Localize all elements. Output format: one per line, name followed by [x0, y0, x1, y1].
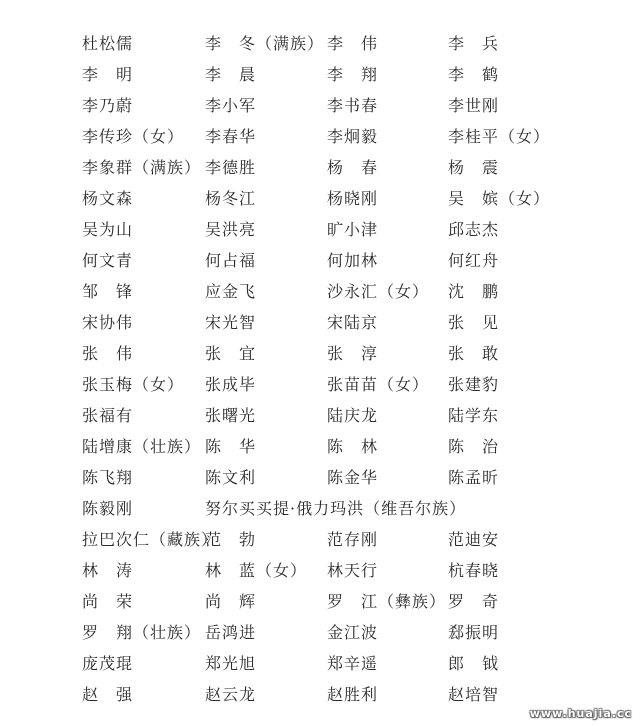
name-entry: 李 兵	[448, 28, 499, 59]
name-entry: 杨文森	[82, 183, 133, 214]
name-entry: 吴洪亮	[205, 214, 256, 245]
name-row: 尚 荣 尚 辉 罗 江（彝族） 罗 奇	[0, 586, 640, 617]
name-entry: 赵胜利	[327, 679, 378, 710]
watermark: www.huajia.cc	[530, 707, 632, 720]
name-entry: 陈金华	[327, 462, 378, 493]
name-entry: 赵 强	[82, 679, 133, 710]
name-entry: 宋陆京	[327, 307, 378, 338]
name-entry: 李 鹤	[448, 59, 499, 90]
name-entry: 李乃蔚	[82, 90, 133, 121]
name-entry: 陆学东	[448, 400, 499, 431]
name-entry: 李 冬（满族）	[205, 28, 324, 59]
name-entry: 何红舟	[448, 245, 499, 276]
name-row: 宋协伟 宋光智 宋陆京 张 见	[0, 307, 640, 338]
name-entry: 罗 江（彝族）	[327, 586, 446, 617]
name-entry: 旷小津	[327, 214, 378, 245]
name-row: 张玉梅（女） 张成毕 张苗苗（女） 张建豹	[0, 369, 640, 400]
name-row: 陆增康（壮族） 陈 华 陈 林 陈 治	[0, 431, 640, 462]
name-entry: 杨晓刚	[327, 183, 378, 214]
name-entry: 杜松儒	[82, 28, 133, 59]
name-entry: 张成毕	[205, 369, 256, 400]
name-entry: 宋光智	[205, 307, 256, 338]
name-entry: 郑辛遥	[327, 648, 378, 679]
name-row: 吴为山 吴洪亮 旷小津 邱志杰	[0, 214, 640, 245]
name-row: 拉巴次仁（藏族） 范 勃 范存刚 范迪安	[0, 524, 640, 555]
name-entry: 陈 林	[327, 431, 378, 462]
name-entry: 杨冬江	[205, 183, 256, 214]
name-row: 陈毅刚 努尔买买提·俄力玛洪（维吾尔族）	[0, 493, 640, 524]
name-entry: 陈飞翔	[82, 462, 133, 493]
name-entry: 何占福	[205, 245, 256, 276]
name-entry: 范 勃	[205, 524, 256, 555]
name-entry: 尚 荣	[82, 586, 133, 617]
name-entry: 何文青	[82, 245, 133, 276]
name-entry: 庞茂琨	[82, 648, 133, 679]
name-row: 张 伟 张 宜 张 淳 张 敢	[0, 338, 640, 369]
document-page: 杜松儒 李 冬（满族） 李 伟 李 兵 李 明 李 晨 李 翔 李 鹤 李乃蔚 …	[0, 0, 640, 726]
name-entry: 张建豹	[448, 369, 499, 400]
name-entry: 郄振明	[448, 617, 499, 648]
name-entry: 吴 嫔（女）	[448, 183, 550, 214]
name-row: 何文青 何占福 何加林 何红舟	[0, 245, 640, 276]
name-row: 李乃蔚 李小军 李书春 李世刚	[0, 90, 640, 121]
name-row: 杨文森 杨冬江 杨晓刚 吴 嫔（女）	[0, 183, 640, 214]
name-row: 李象群（满族） 李德胜 杨 春 杨 震	[0, 152, 640, 183]
name-entry: 范迪安	[448, 524, 499, 555]
name-entry: 李传珍（女）	[82, 121, 184, 152]
name-entry: 沙永汇（女）	[327, 276, 429, 307]
name-row: 陈飞翔 陈文利 陈金华 陈孟昕	[0, 462, 640, 493]
name-entry: 李 明	[82, 59, 133, 90]
name-entry: 金江波	[327, 617, 378, 648]
name-entry: 范存刚	[327, 524, 378, 555]
name-entry: 张曙光	[205, 400, 256, 431]
name-entry: 陈 治	[448, 431, 499, 462]
name-entry: 李书春	[327, 90, 378, 121]
name-entry: 邹 锋	[82, 276, 133, 307]
name-entry: 何加林	[327, 245, 378, 276]
name-entry: 郎 钺	[448, 648, 499, 679]
name-entry: 李象群（满族）	[82, 152, 201, 183]
name-entry: 陆增康（壮族）	[82, 431, 201, 462]
name-row: 张福有 张曙光 陆庆龙 陆学东	[0, 400, 640, 431]
name-entry: 林 涛	[82, 555, 133, 586]
name-entry: 尚 辉	[205, 586, 256, 617]
name-entry: 李 伟	[327, 28, 378, 59]
name-entry: 赵培智	[448, 679, 499, 710]
name-row: 庞茂琨 郑光旭 郑辛遥 郎 钺	[0, 648, 640, 679]
name-list: 杜松儒 李 冬（满族） 李 伟 李 兵 李 明 李 晨 李 翔 李 鹤 李乃蔚 …	[0, 28, 640, 710]
name-row: 杜松儒 李 冬（满族） 李 伟 李 兵	[0, 28, 640, 59]
name-entry: 陈文利	[205, 462, 256, 493]
name-row: 罗 翔（壮族） 岳鸿进 金江波 郄振明	[0, 617, 640, 648]
name-row: 李 明 李 晨 李 翔 李 鹤	[0, 59, 640, 90]
name-entry: 李春华	[205, 121, 256, 152]
name-entry: 李世刚	[448, 90, 499, 121]
name-entry: 陆庆龙	[327, 400, 378, 431]
name-entry: 张 伟	[82, 338, 133, 369]
name-entry: 应金飞	[205, 276, 256, 307]
name-entry: 赵云龙	[205, 679, 256, 710]
name-entry: 张 淳	[327, 338, 378, 369]
name-row: 邹 锋 应金飞 沙永汇（女） 沈 鹏	[0, 276, 640, 307]
name-entry: 李 晨	[205, 59, 256, 90]
name-entry: 李 翔	[327, 59, 378, 90]
name-entry: 张 见	[448, 307, 499, 338]
name-entry: 李德胜	[205, 152, 256, 183]
name-row: 林 涛 林 蓝（女） 林天行 杭春晓	[0, 555, 640, 586]
name-entry: 杨 春	[327, 152, 378, 183]
name-entry: 杨 震	[448, 152, 499, 183]
name-entry: 李小军	[205, 90, 256, 121]
name-entry: 宋协伟	[82, 307, 133, 338]
name-entry: 邱志杰	[448, 214, 499, 245]
name-row: 赵 强 赵云龙 赵胜利 赵培智	[0, 679, 640, 710]
name-entry: 罗 翔（壮族）	[82, 617, 201, 648]
name-entry: 林 蓝（女）	[205, 555, 307, 586]
name-entry: 李桂平（女）	[448, 121, 550, 152]
name-entry: 陈毅刚	[82, 493, 133, 524]
name-entry: 郑光旭	[205, 648, 256, 679]
name-entry: 张玉梅（女）	[82, 369, 184, 400]
name-entry: 岳鸿进	[205, 617, 256, 648]
name-entry: 杭春晓	[448, 555, 499, 586]
name-entry: 罗 奇	[448, 586, 499, 617]
name-entry: 李炯毅	[327, 121, 378, 152]
name-entry: 张 宜	[205, 338, 256, 369]
name-entry: 沈 鹏	[448, 276, 499, 307]
name-entry: 努尔买买提·俄力玛洪（维吾尔族）	[205, 493, 466, 524]
name-entry: 拉巴次仁（藏族）	[82, 524, 218, 555]
name-entry: 吴为山	[82, 214, 133, 245]
name-entry: 林天行	[327, 555, 378, 586]
name-entry: 张 敢	[448, 338, 499, 369]
name-entry: 陈 华	[205, 431, 256, 462]
name-entry: 张苗苗（女）	[327, 369, 429, 400]
name-entry: 陈孟昕	[448, 462, 499, 493]
name-row: 李传珍（女） 李春华 李炯毅 李桂平（女）	[0, 121, 640, 152]
name-entry: 张福有	[82, 400, 133, 431]
